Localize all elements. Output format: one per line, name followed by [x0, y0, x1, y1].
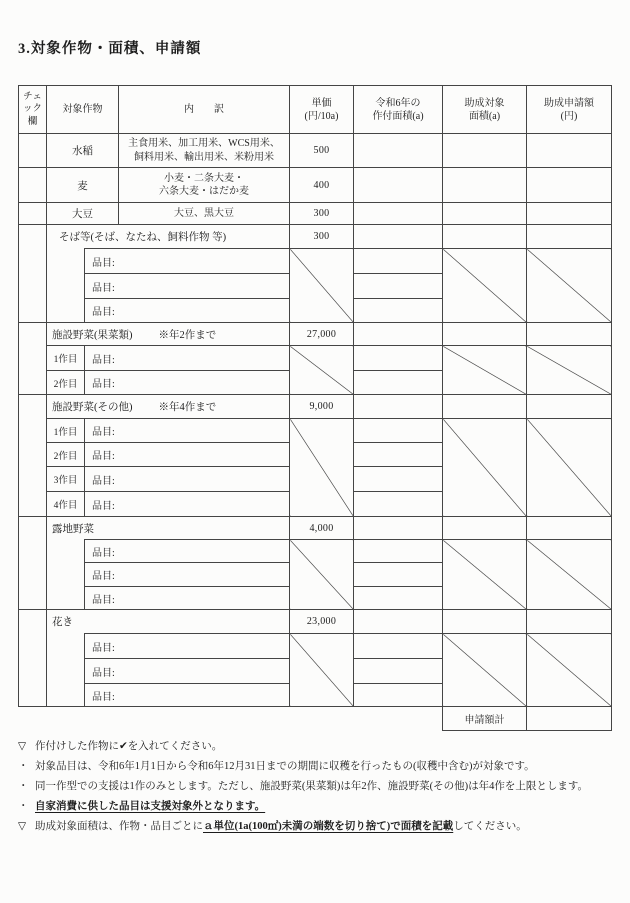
note-self-consumption: ・自家消費に供した品目は支援対象外となります。 — [18, 801, 588, 814]
spacer-cell — [47, 634, 85, 707]
item-planted-cell — [354, 659, 443, 684]
subsidy-amount-cell — [527, 203, 612, 225]
crop-name-rice: 水稲 — [47, 134, 119, 168]
header-subsidy-area: 助成対象 面積(a) — [443, 86, 527, 134]
slash-cell-unit-price — [290, 634, 354, 707]
check-cell-rice — [19, 134, 47, 168]
document-page: 3.対象作物・面積、申請額 チェ ック 欄 対象作物 内 訳 単価 (円/10a… — [0, 0, 630, 903]
item-planted-cell — [354, 346, 443, 371]
subsidy-amount-cell — [527, 323, 612, 346]
item-planted-cell — [354, 492, 443, 517]
planted-area-cell — [354, 323, 443, 346]
triangle-marker-icon: ▽ — [18, 741, 35, 754]
subsidy-area-cell — [443, 225, 527, 249]
slash-cell-subsidy-amount — [527, 634, 612, 707]
crop-name-open-field: 露地野菜 — [47, 517, 290, 540]
crop-name-soba: そば等(そば、なたね、飼料作物 等) — [47, 225, 290, 249]
slash-cell-subsidy-amount — [527, 419, 612, 517]
subsidy-area-cell — [443, 395, 527, 419]
crop-seq-label: 4作目 — [47, 492, 85, 517]
slash-cell-unit-price — [290, 540, 354, 610]
triangle-marker-icon: ▽ — [18, 821, 35, 834]
planted-area-cell — [354, 134, 443, 168]
unit-price-greenhouse-fruit: 27,000 — [290, 323, 354, 346]
check-cell-wheat — [19, 168, 47, 203]
planted-area-cell — [354, 395, 443, 419]
slash-cell-subsidy-amount — [527, 540, 612, 610]
header-planted-area: 令和6年の 作付面積(a) — [354, 86, 443, 134]
crop-seq-label: 2作目 — [47, 371, 85, 395]
slash-cell-unit-price — [290, 419, 354, 517]
crop-name-greenhouse-fruit: 施設野菜(果菜類)※年2作まで — [47, 323, 290, 346]
note-eligible-period: ・対象品目は、令和6年1月1日から令和6年12月31日までの期間に収穫を行ったも… — [18, 761, 588, 774]
item-planted-cell — [354, 274, 443, 299]
header-check-column: チェ ック 欄 — [19, 86, 47, 134]
subsidy-amount-cell — [527, 517, 612, 540]
section-title: 3.対象作物・面積、申請額 — [18, 37, 201, 58]
planted-area-cell — [354, 517, 443, 540]
item-planted-cell — [354, 467, 443, 492]
crop-note: ※年2作まで — [159, 330, 217, 341]
breakdown-rice: 主食用米、加工用米、WCS用米、 飼料用米、輸出用米、米粉用米 — [119, 134, 290, 168]
item-label-cell: 品目: — [85, 563, 290, 587]
total-amount-cell — [527, 707, 612, 731]
slash-cell-subsidy-amount — [527, 346, 612, 395]
item-label-cell: 品目: — [85, 492, 290, 517]
item-label-cell: 品目: — [85, 346, 290, 371]
unit-price-greenhouse-other: 9,000 — [290, 395, 354, 419]
header-breakdown: 内 訳 — [119, 86, 290, 134]
total-row-filler — [19, 707, 443, 731]
item-label-cell: 品目: — [85, 540, 290, 563]
note-area-unit: ▽助成対象面積は、作物・品目ごとにａ単位(1a(100㎡)未満の端数を切り捨て)… — [18, 821, 588, 834]
item-planted-cell — [354, 563, 443, 587]
crop-name-greenhouse-other: 施設野菜(その他)※年4作まで — [47, 395, 290, 419]
breakdown-soybean: 大豆、黒大豆 — [119, 203, 290, 225]
subsidy-area-cell — [443, 203, 527, 225]
subsidy-amount-cell — [527, 168, 612, 203]
unit-price-rice: 500 — [290, 134, 354, 168]
item-planted-cell — [354, 634, 443, 659]
total-label: 申請額計 — [443, 707, 527, 731]
check-cell-greenhouse-fruit — [19, 323, 47, 395]
slash-cell-subsidy-area — [443, 540, 527, 610]
item-label-cell: 品目: — [85, 659, 290, 684]
note-crop-limit: ・同一作型での支援は1作のみとします。ただし、施設野菜(果菜類)は年2作、施設野… — [18, 781, 588, 794]
item-label-cell: 品目: — [85, 249, 290, 274]
check-cell-greenhouse-other — [19, 395, 47, 517]
breakdown-wheat: 小麦・二条大麦・ 六条大麦・はだか麦 — [119, 168, 290, 203]
note-check-instruction: ▽作付けした作物に✔を入れてください。 — [18, 741, 588, 754]
slash-cell-subsidy-area — [443, 419, 527, 517]
slash-cell-subsidy-amount — [527, 249, 612, 323]
slash-cell-subsidy-area — [443, 634, 527, 707]
item-planted-cell — [354, 443, 443, 467]
item-label-cell: 品目: — [85, 419, 290, 443]
slash-cell-subsidy-area — [443, 346, 527, 395]
subsidy-amount-cell — [527, 610, 612, 634]
slash-cell-subsidy-area — [443, 249, 527, 323]
subsidy-area-cell — [443, 168, 527, 203]
planted-area-cell — [354, 203, 443, 225]
header-unit-price: 単価 (円/10a) — [290, 86, 354, 134]
item-planted-cell — [354, 587, 443, 610]
check-cell-open-field — [19, 517, 47, 610]
planted-area-cell — [354, 610, 443, 634]
item-label-cell: 品目: — [85, 467, 290, 492]
bullet-marker-icon: ・ — [18, 781, 35, 794]
slash-cell-unit-price — [290, 346, 354, 395]
item-planted-cell — [354, 419, 443, 443]
item-label-cell: 品目: — [85, 299, 290, 323]
crop-seq-label: 1作目 — [47, 346, 85, 371]
crop-seq-label: 2作目 — [47, 443, 85, 467]
header-subsidy-amount: 助成申請額 (円) — [527, 86, 612, 134]
unit-price-flower: 23,000 — [290, 610, 354, 634]
item-planted-cell — [354, 299, 443, 323]
item-label-cell: 品目: — [85, 587, 290, 610]
header-target-crop: 対象作物 — [47, 86, 119, 134]
slash-cell-unit-price — [290, 249, 354, 323]
item-planted-cell — [354, 371, 443, 395]
unit-price-soybean: 300 — [290, 203, 354, 225]
unit-price-open-field: 4,000 — [290, 517, 354, 540]
item-planted-cell — [354, 540, 443, 563]
crop-name-wheat: 麦 — [47, 168, 119, 203]
item-label-cell: 品目: — [85, 443, 290, 467]
subsidy-area-cell — [443, 610, 527, 634]
item-label-cell: 品目: — [85, 274, 290, 299]
subsidy-amount-cell — [527, 134, 612, 168]
bullet-marker-icon: ・ — [18, 761, 35, 774]
subsidy-area-cell — [443, 134, 527, 168]
subsidy-amount-cell — [527, 225, 612, 249]
spacer-cell — [47, 540, 85, 610]
item-planted-cell — [354, 249, 443, 274]
footnotes: ▽作付けした作物に✔を入れてください。 ・対象品目は、令和6年1月1日から令和6… — [18, 741, 588, 834]
check-cell-soba — [19, 225, 47, 323]
unit-price-soba: 300 — [290, 225, 354, 249]
subsidy-area-cell — [443, 517, 527, 540]
subsidy-area-cell — [443, 323, 527, 346]
check-cell-flower — [19, 610, 47, 707]
item-label-cell: 品目: — [85, 371, 290, 395]
crop-seq-label: 1作目 — [47, 419, 85, 443]
crop-application-table: チェ ック 欄 対象作物 内 訳 単価 (円/10a) 令和6年の 作付面積(a… — [18, 85, 612, 731]
crop-name-flower: 花き — [47, 610, 290, 634]
planted-area-cell — [354, 225, 443, 249]
crop-note: ※年4作まで — [159, 402, 217, 413]
item-planted-cell — [354, 684, 443, 707]
item-label-cell: 品目: — [85, 684, 290, 707]
crop-name-soybean: 大豆 — [47, 203, 119, 225]
planted-area-cell — [354, 168, 443, 203]
spacer-cell — [47, 249, 85, 323]
crop-seq-label: 3作目 — [47, 467, 85, 492]
check-cell-soybean — [19, 203, 47, 225]
unit-price-wheat: 400 — [290, 168, 354, 203]
subsidy-amount-cell — [527, 395, 612, 419]
bullet-marker-icon: ・ — [18, 801, 35, 814]
item-label-cell: 品目: — [85, 634, 290, 659]
